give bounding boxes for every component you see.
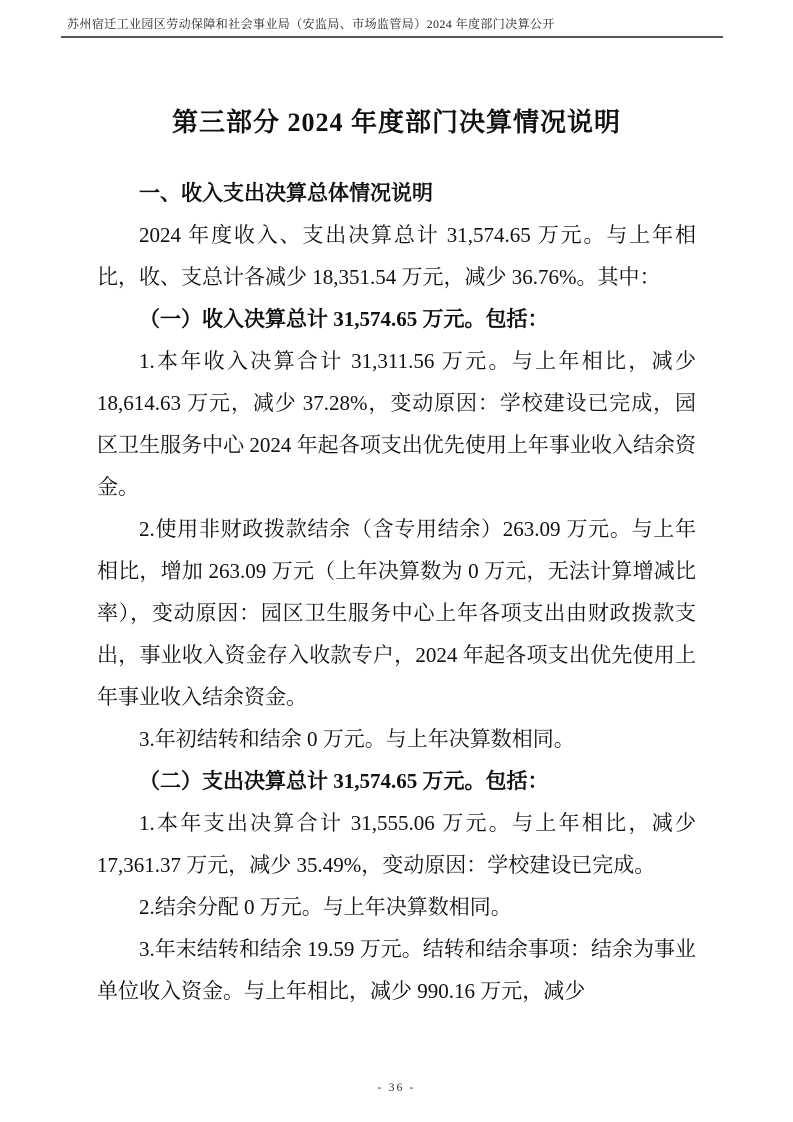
page-header-text: 苏州宿迁工业园区劳动保障和社会事业局（安监局、市场监管局）2024 年度部门决算… bbox=[61, 15, 723, 33]
para-expenditure-item-3: 3.年末结转和结余 19.59 万元。结转和结余事项：结余为事业单位收入资金。与… bbox=[97, 928, 696, 1012]
page-number: - 36 - bbox=[0, 1080, 793, 1095]
para-income-item-2: 2.使用非财政拨款结余（含专用结余）263.09 万元。与上年相比，增加 263… bbox=[97, 508, 696, 718]
para-expenditure-item-2: 2.结余分配 0 万元。与上年决算数相同。 bbox=[97, 886, 696, 928]
heading-expenditure-total: （二）支出决算总计 31,574.65 万元。包括： bbox=[97, 760, 696, 802]
document-body: 一、收入支出决算总体情况说明 2024 年度收入、支出决算总计 31,574.6… bbox=[97, 172, 696, 1012]
document-page: 苏州宿迁工业园区劳动保障和社会事业局（安监局、市场监管局）2024 年度部门决算… bbox=[0, 0, 793, 1122]
heading-income-total: （一）收入决算总计 31,574.65 万元。包括： bbox=[97, 298, 696, 340]
page-header: 苏州宿迁工业园区劳动保障和社会事业局（安监局、市场监管局）2024 年度部门决算… bbox=[61, 15, 723, 38]
para-income-item-1: 1.本年收入决算合计 31,311.56 万元。与上年相比，减少 18,614.… bbox=[97, 340, 696, 508]
para-overview-total: 2024 年度收入、支出决算总计 31,574.65 万元。与上年相比，收、支总… bbox=[97, 214, 696, 298]
para-expenditure-item-1: 1.本年支出决算合计 31,555.06 万元。与上年相比，减少 17,361.… bbox=[97, 802, 696, 886]
para-income-item-3: 3.年初结转和结余 0 万元。与上年决算数相同。 bbox=[97, 718, 696, 760]
header-rule bbox=[61, 36, 723, 38]
document-title: 第三部分 2024 年度部门决算情况说明 bbox=[0, 102, 793, 139]
heading-section-overview: 一、收入支出决算总体情况说明 bbox=[97, 172, 696, 214]
